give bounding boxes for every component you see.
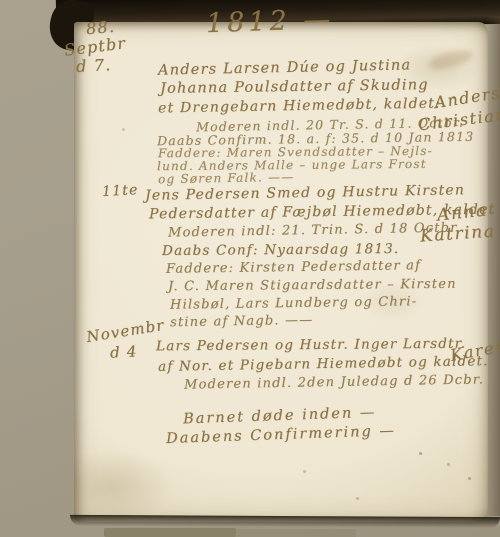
record-line: J. C. Maren Stigaardsdatter – Kirsten (168, 277, 457, 295)
record-line: Lars Pedersen og Hustr. Inger Larsdtr. (156, 336, 466, 355)
paper-specks (0, 0, 3, 3)
year-heading: 1812 — (205, 4, 334, 39)
entry-date-day: d 7. (76, 55, 112, 76)
entry-date-day: 11te (102, 182, 139, 200)
register-book-photo: 88. 1812 — Septbr d 7. Anders Larsen Dúe… (0, 0, 500, 537)
record-line: stine af Nagb. —— (170, 313, 314, 331)
page-bottom-edge-shadow (70, 515, 500, 528)
entry-date-day: d 4 (110, 342, 138, 361)
record-line: og Søren Falk. —— (158, 170, 295, 186)
book-binding-left (12, 18, 78, 522)
record-line: Daabs Conf: Nyaarsdag 1813. (162, 241, 399, 259)
table-edge-strip (104, 528, 236, 537)
